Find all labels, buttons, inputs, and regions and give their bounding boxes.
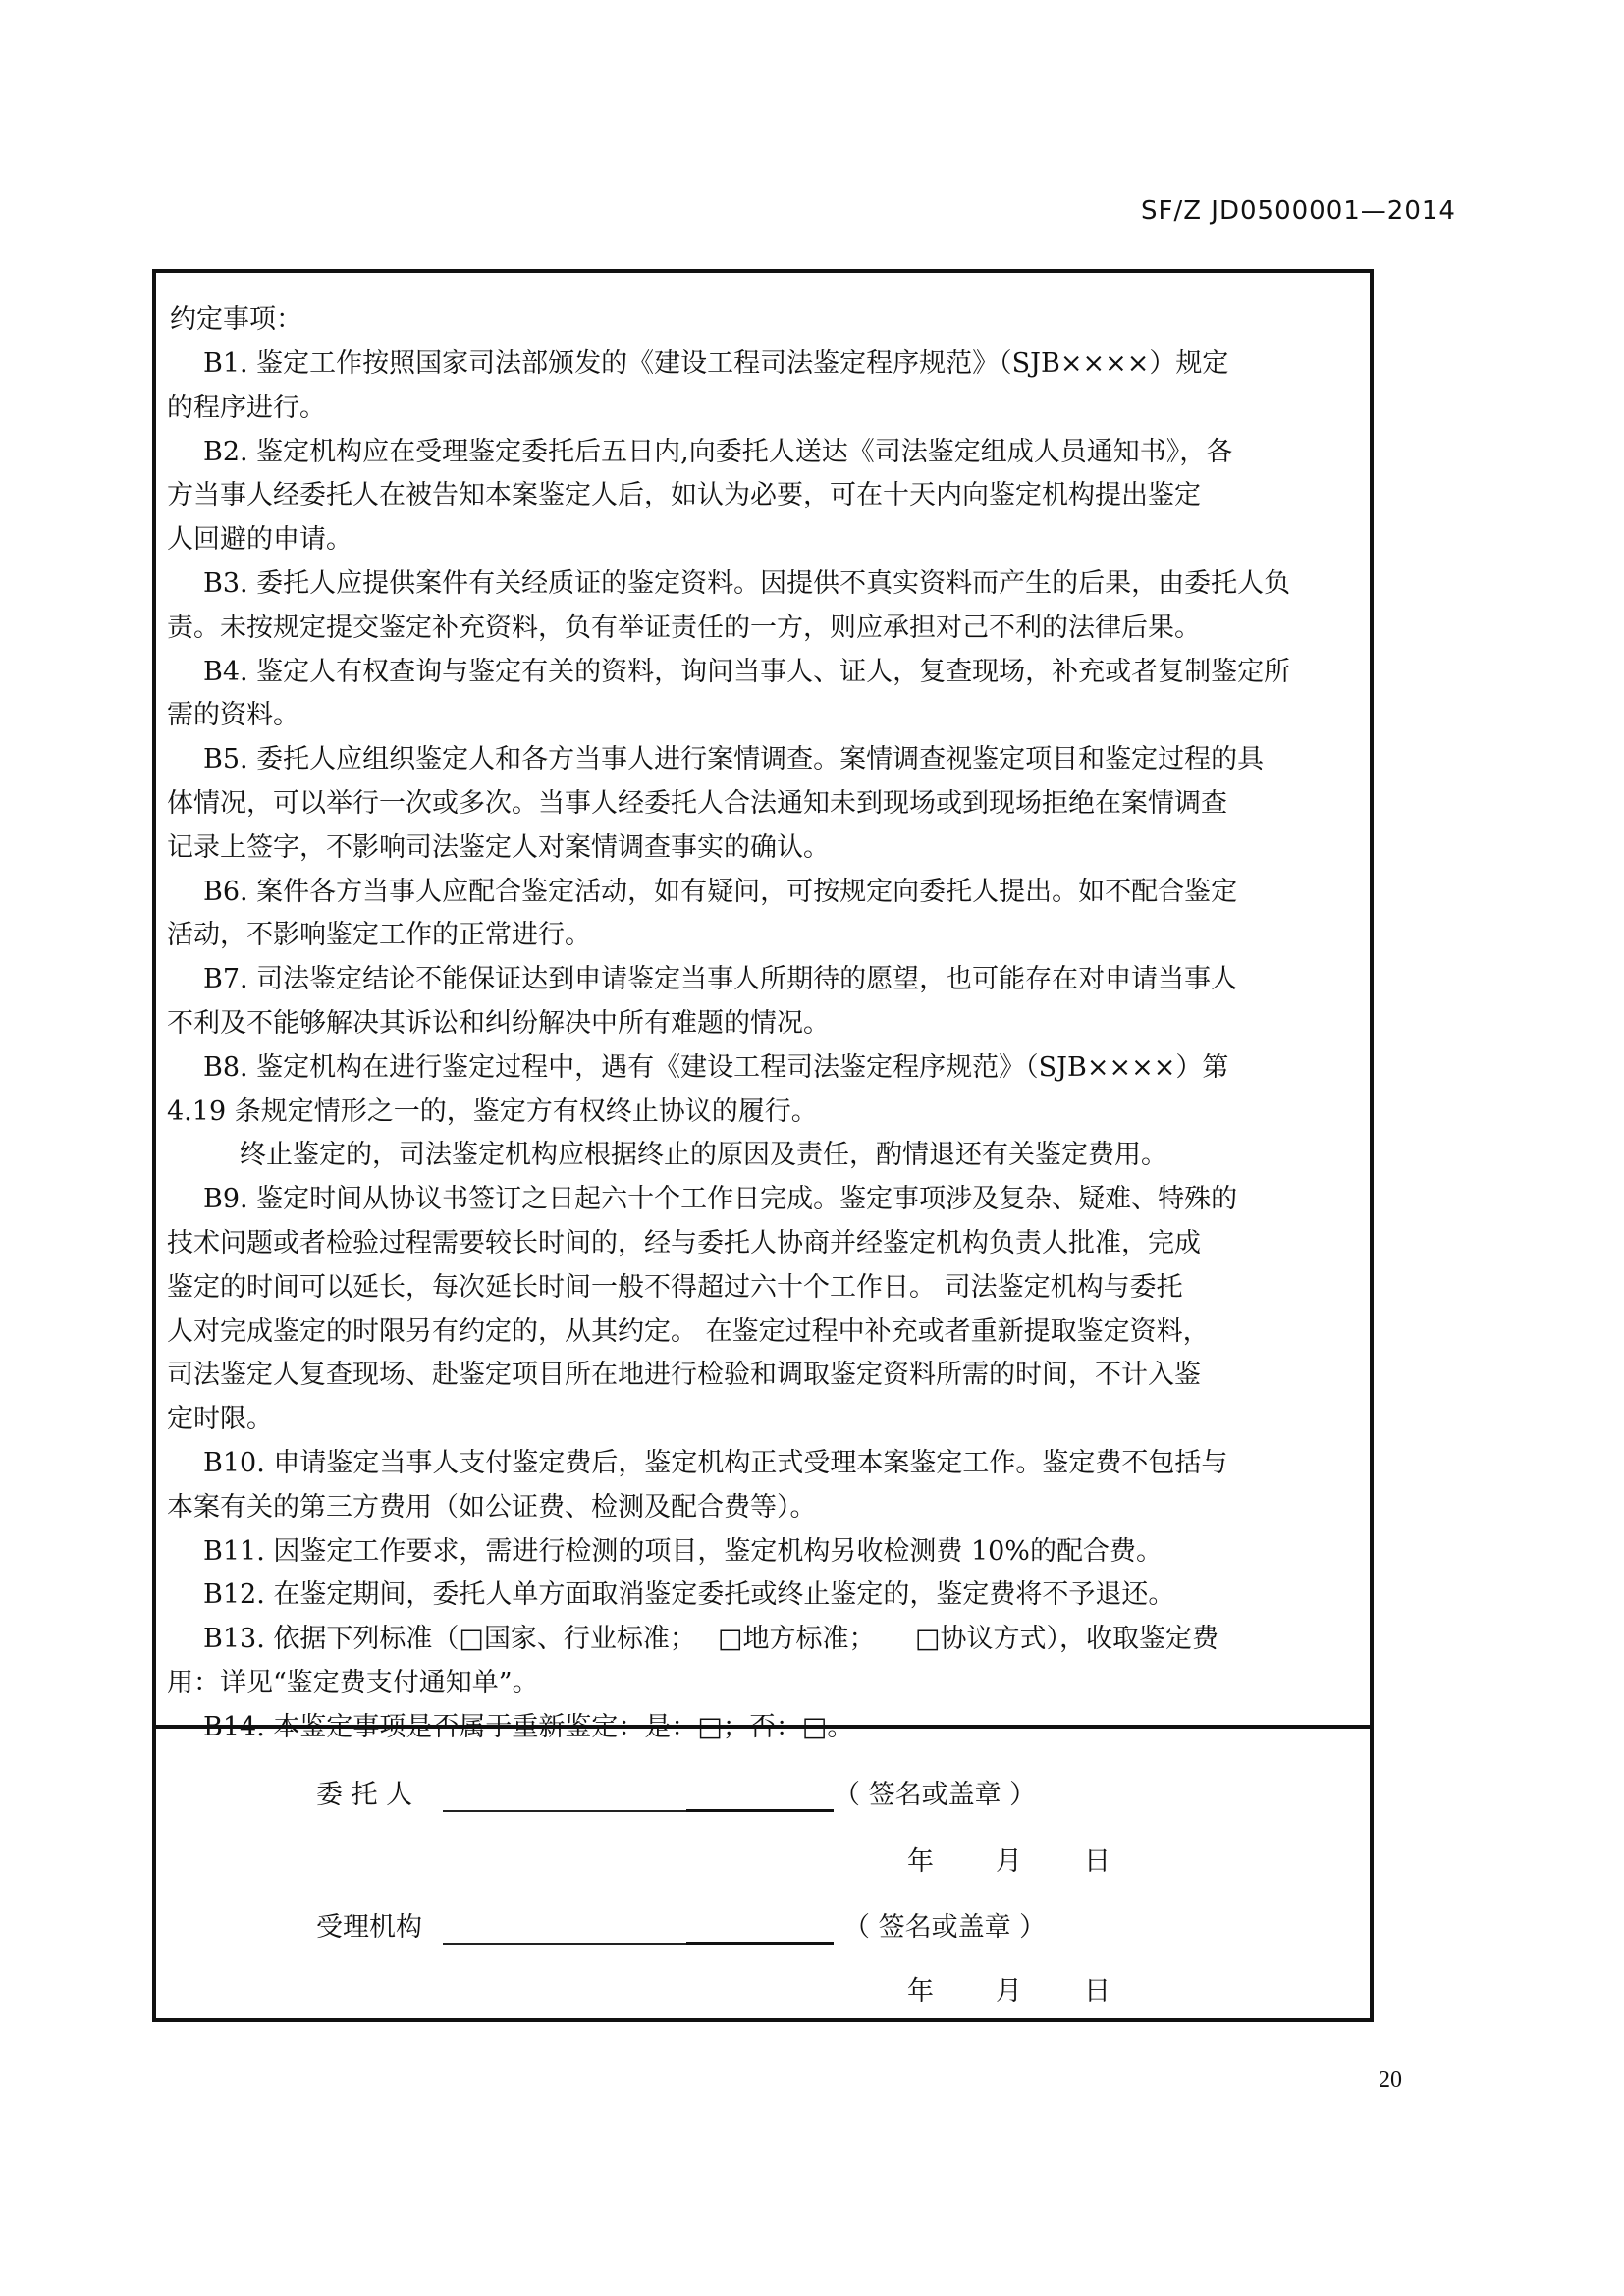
terms-title: 约定事项： (170, 302, 302, 338)
term-line: 4.19 条规定情形之一的，鉴定方有权终止协议的履行。 (167, 1095, 818, 1130)
client-date-year: 年 (907, 1844, 934, 1880)
term-line: B12. 在鉴定期间，委托人单方面取消鉴定委托或终止鉴定的，鉴定费将不予退还。 (203, 1577, 1174, 1613)
term-line: 记录上签字，不影响司法鉴定人对案情调查事实的确认。 (167, 830, 830, 866)
term-line: B1. 鉴定工作按照国家司法部颁发的《建设工程司法鉴定程序规范》（SJB××××… (203, 347, 1228, 382)
term-line: 人回避的申请。 (167, 522, 352, 558)
agreed-terms-section: 约定事项： B1. 鉴定工作按照国家司法部颁发的《建设工程司法鉴定程序规范》（S… (156, 273, 1370, 1725)
term-line: B11. 因鉴定工作要求，需进行检测的项目，鉴定机构另收检测费 10%的配合费。 (203, 1534, 1163, 1570)
term-line: B7. 司法鉴定结论不能保证达到申请鉴定当事人所期待的愿望，也可能存在对申请当事… (203, 962, 1237, 997)
term-line: B10. 申请鉴定当事人支付鉴定费后，鉴定机构正式受理本案鉴定工作。鉴定费不包括… (203, 1446, 1227, 1481)
term-line: B4. 鉴定人有权查询与鉴定有关的资料，询问当事人、证人，复查现场，补充或者复制… (203, 655, 1290, 690)
term-line: 用：详见“鉴定费支付通知单”。 (167, 1666, 539, 1701)
term-line: 技术问题或者检验过程需要较长时间的，经与委托人协商并经鉴定机构负责人批准，完成 (167, 1226, 1201, 1261)
term-line: B6. 案件各方当事人应配合鉴定活动，如有疑问，可按规定向委托人提出。如不配合鉴… (203, 875, 1237, 910)
term-line: 方当事人经委托人在被告知本案鉴定人后，如认为必要，可在十天内向鉴定机构提出鉴定 (167, 478, 1201, 513)
agency-date-day: 日 (1084, 1974, 1110, 2009)
term-line: 鉴定的时间可以延长，每次延长时间一般不得超过六十个工作日。 司法鉴定机构与委托 (167, 1270, 1183, 1306)
term-line: 活动，不影响鉴定工作的正常进行。 (167, 918, 591, 953)
term-line: 的程序进行。 (167, 391, 326, 426)
agency-date-month: 月 (996, 1974, 1022, 2009)
term-line: 责。未按规定提交鉴定补充资料，负有举证责任的一方，则应承担对己不利的法律后果。 (167, 611, 1201, 646)
term-line: 体情况，可以举行一次或多次。当事人经委托人合法通知未到现场或到现场拒绝在案情调查 (167, 786, 1227, 822)
agreement-form-frame: 约定事项： B1. 鉴定工作按照国家司法部颁发的《建设工程司法鉴定程序规范》（S… (152, 269, 1374, 2022)
term-line: B9. 鉴定时间从协议书签订之日起六十个工作日完成。鉴定事项涉及复杂、疑难、特殊… (203, 1182, 1237, 1217)
term-line: B13. 依据下列标准（□国家、行业标准； □地方标准； □协议方式），收取鉴定… (203, 1622, 1218, 1657)
term-line: B2. 鉴定机构应在受理鉴定委托后五日内,向委托人送达《司法鉴定组成人员通知书》… (203, 435, 1232, 470)
agency-label: 受理机构 (316, 1910, 422, 1946)
term-line: 人对完成鉴定的时限另有约定的，从其约定。 在鉴定过程中补充或者重新提取鉴定资料， (167, 1314, 1210, 1350)
term-line: B8. 鉴定机构在进行鉴定过程中，遇有《建设工程司法鉴定程序规范》（SJB×××… (203, 1050, 1228, 1086)
client-date-day: 日 (1084, 1844, 1110, 1880)
term-line: B3. 委托人应提供案件有关经质证的鉴定资料。因提供不真实资料而产生的后果，由委… (203, 566, 1290, 602)
agency-signature-line-accent (686, 1942, 834, 1945)
term-line: B5. 委托人应组织鉴定人和各方当事人进行案情调查。案情调查视鉴定项目和鉴定过程… (203, 742, 1264, 777)
client-date-month: 月 (996, 1844, 1022, 1880)
term-line: 司法鉴定人复查现场、赴鉴定项目所在地进行检验和调取鉴定资料所需的时间，不计入鉴 (167, 1358, 1201, 1393)
signature-section: 委 托 人 （ 签名或盖章 ） 年 月 日 受理机构 （ 签名或盖章 ） 年 月… (156, 1729, 1370, 2018)
standard-code: SF/Z JD0500001—2014 (1141, 196, 1456, 226)
term-line: 终止鉴定的，司法鉴定机构应根据终止的原因及责任，酌情退还有关鉴定费用。 (240, 1138, 1167, 1173)
page-number: 20 (1379, 2067, 1402, 2094)
agency-date-year: 年 (907, 1974, 934, 2009)
client-sign-or-seal-note: （ 签名或盖章 ） (834, 1778, 1036, 1813)
term-line: 定时限。 (167, 1402, 273, 1437)
client-label: 委 托 人 (316, 1778, 412, 1813)
term-line: 需的资料。 (167, 698, 299, 733)
term-line: 本案有关的第三方费用（如公证费、检测及配合费等）。 (167, 1490, 817, 1525)
term-line: 不利及不能够解决其诉讼和纠纷解决中所有难题的情况。 (167, 1006, 830, 1041)
client-signature-line-accent (686, 1809, 834, 1812)
agency-sign-or-seal-note: （ 签名或盖章 ） (843, 1910, 1046, 1946)
